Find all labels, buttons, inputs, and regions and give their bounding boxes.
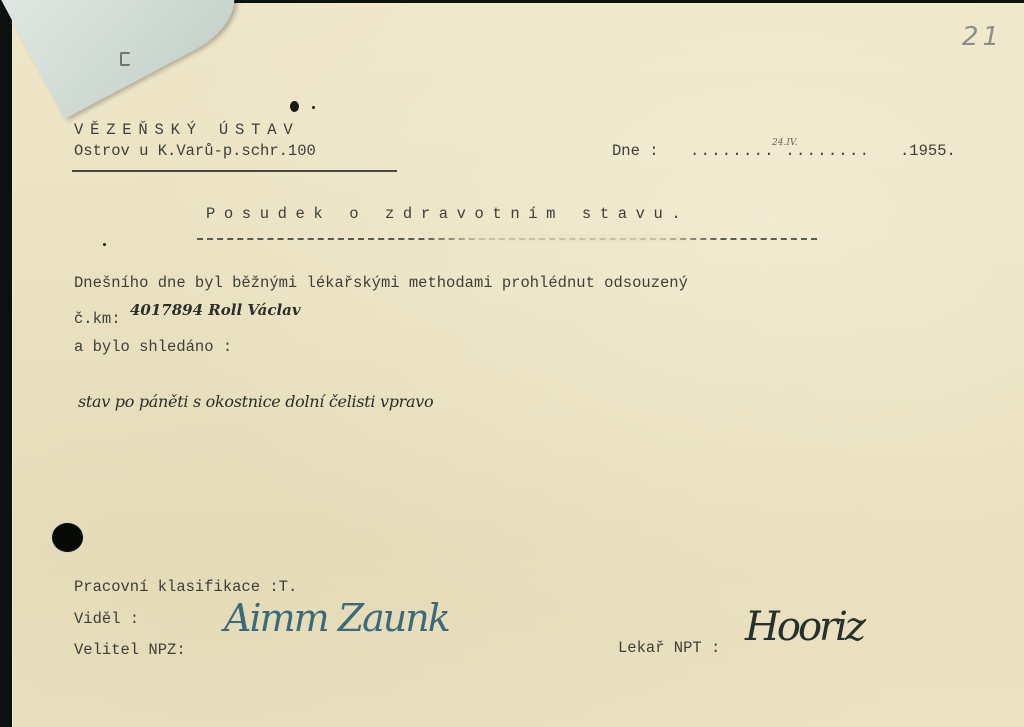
ink-speck bbox=[103, 243, 106, 246]
ink-speck bbox=[312, 106, 315, 109]
date-handwritten: 24.IV. bbox=[772, 138, 798, 148]
header-underline bbox=[72, 170, 397, 172]
page-number: 21 bbox=[962, 22, 1003, 52]
title-underline-faded bbox=[420, 234, 720, 242]
document-page bbox=[12, 3, 1024, 727]
date-year: .1955. bbox=[900, 142, 956, 160]
medical-finding: stav po páněti s okostnice dolní čelisti… bbox=[78, 392, 433, 411]
commander-label: Velitel NPZ: bbox=[74, 641, 186, 659]
prisoner-number-and-name: 4017894 Roll Václav bbox=[130, 301, 301, 319]
exam-statement: Dnešního dne byl běžnými lékařskými meth… bbox=[74, 274, 688, 292]
doctor-label: Lekař NPT : bbox=[618, 639, 720, 657]
document-title: Posudek o zdravotním stavu. bbox=[206, 205, 689, 223]
seen-label: Viděl : bbox=[74, 610, 139, 628]
folded-sheet-text: Jeho bbox=[0, 0, 6, 3]
commander-signature: Aimm Zaunk bbox=[224, 596, 449, 640]
punch-hole bbox=[52, 523, 83, 552]
header-address: Ostrov u K.Varů-p.schr.100 bbox=[74, 142, 316, 160]
doctor-signature: Hooriz bbox=[745, 604, 863, 650]
work-classification-label: Pracovní klasifikace : bbox=[74, 578, 279, 596]
ink-blot bbox=[290, 101, 299, 112]
header-organization: VĚZEŇSKÝ ÚSTAV bbox=[74, 121, 299, 139]
prisoner-number-label: č.km: bbox=[74, 310, 121, 328]
staple-icon bbox=[120, 52, 130, 66]
findings-intro: a bylo shledáno : bbox=[74, 338, 232, 356]
date-label: Dne : bbox=[612, 142, 659, 160]
work-classification-value: T. bbox=[279, 578, 298, 596]
work-classification: Pracovní klasifikace :T. bbox=[74, 578, 297, 596]
